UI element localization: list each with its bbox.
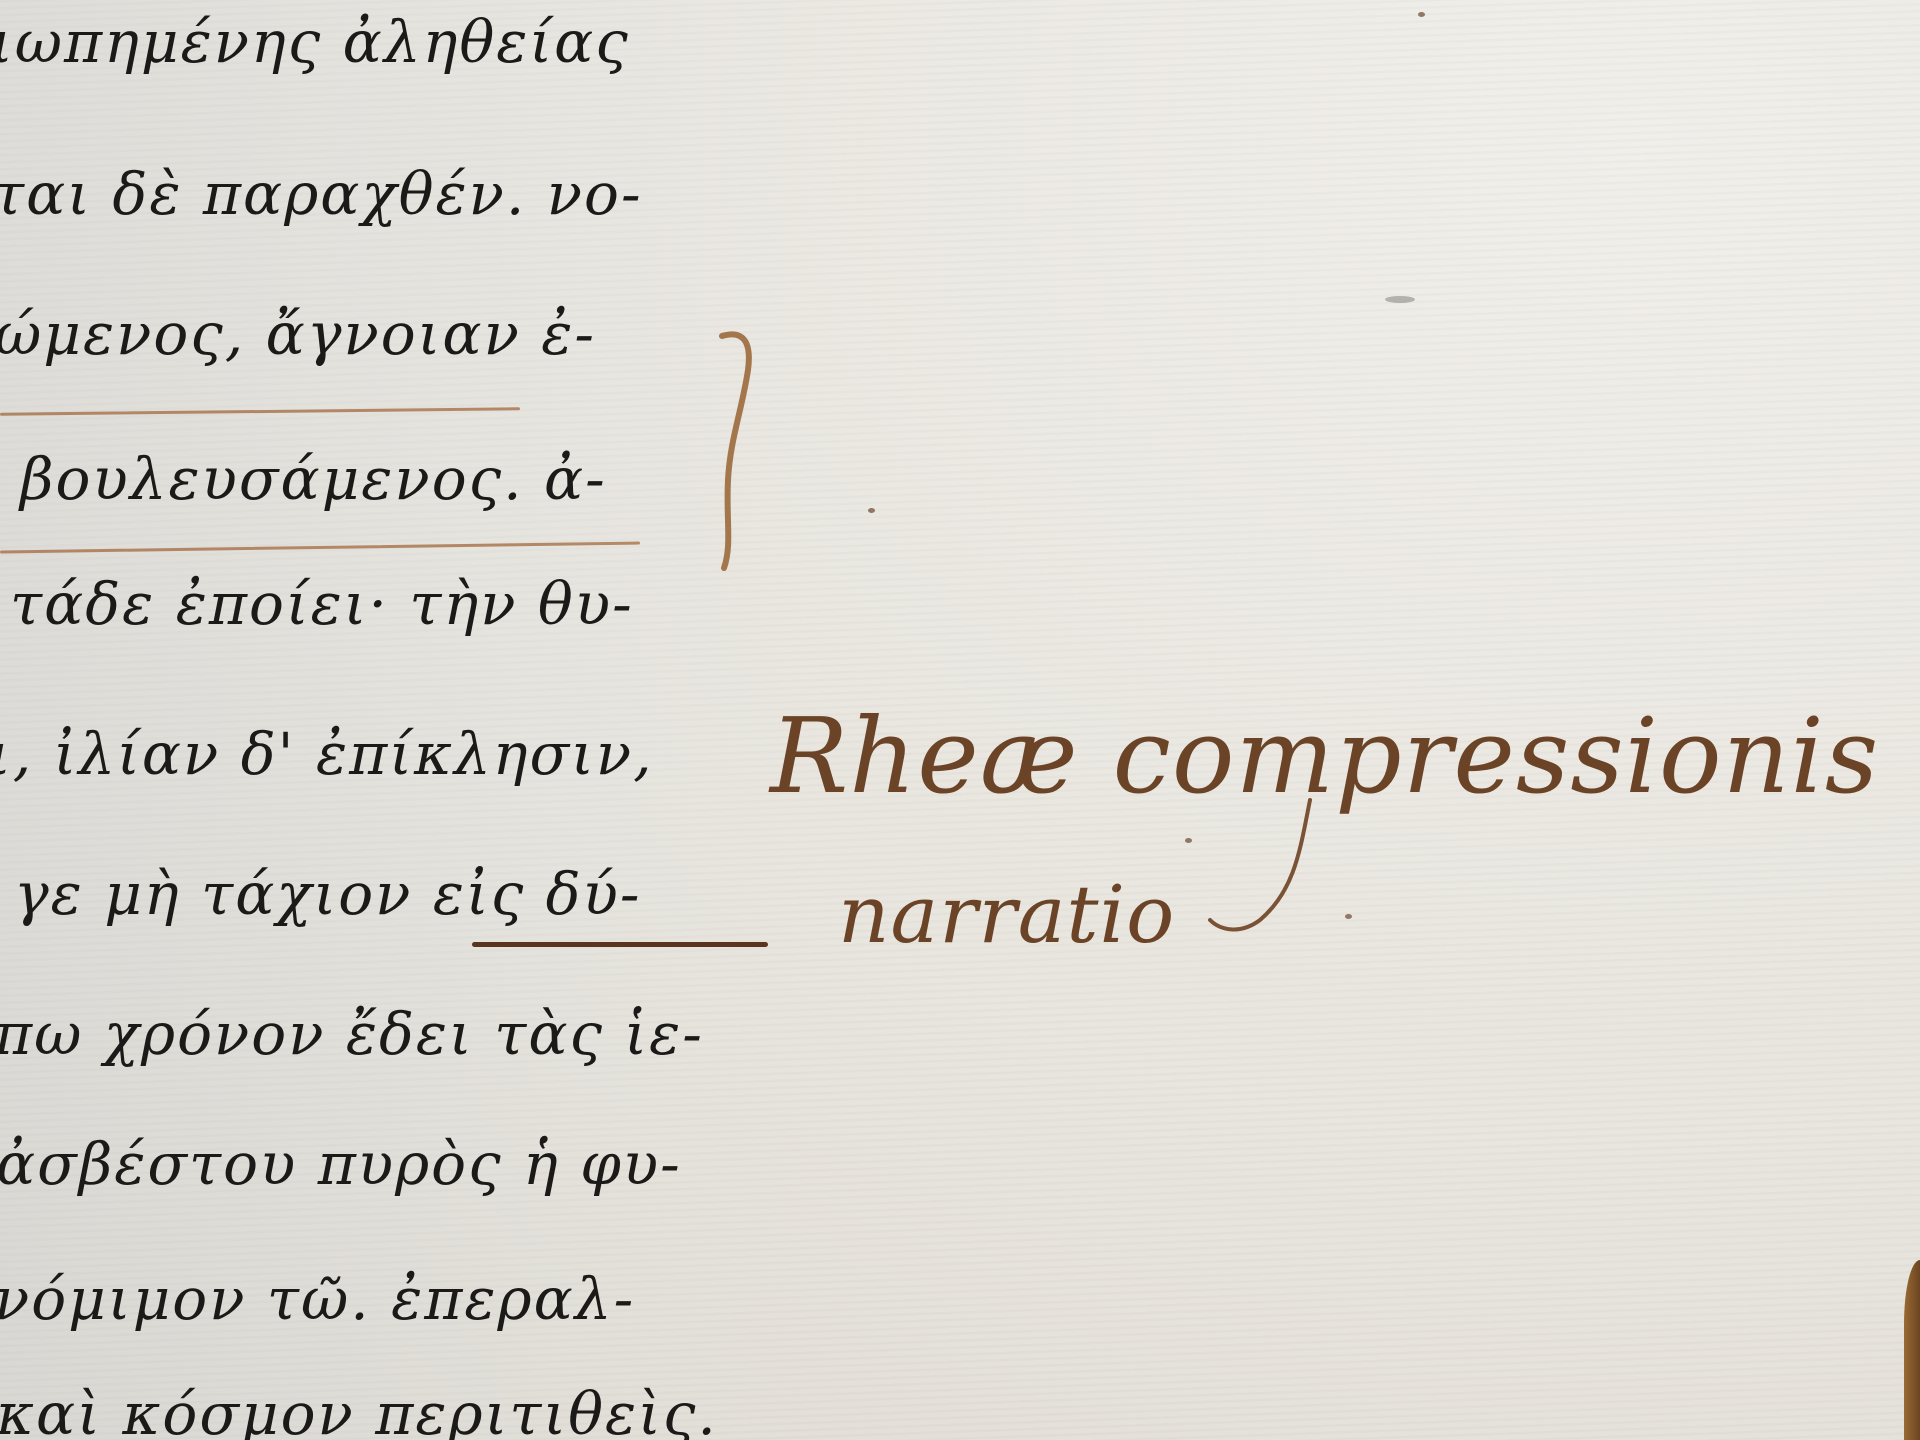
ink-speck [868, 508, 875, 513]
greek-line-2: ται δὲ παραχθέν. νο- [0, 160, 643, 228]
ink-speck [1418, 12, 1425, 17]
ink-speck [1345, 914, 1352, 919]
greek-line-9: ἀσβέστου πυρὸς ἡ φυ- [0, 1130, 682, 1198]
manuscript-page: ιωπημένης ἀληθείας ται δὲ παραχθέν. νο- … [0, 0, 1920, 1440]
greek-line-8: πω χρόνον ἔδει τὰς ἱε- [0, 1000, 704, 1068]
marginal-bracket-icon [712, 330, 762, 575]
greek-line-11: καὶ κόσμον περιτιθεὶς. [0, 1380, 718, 1440]
greek-line-6: ι, ἰλίαν δ' ἐπίκλησιν, [0, 720, 654, 788]
note-flourish-icon [1180, 790, 1340, 940]
greek-line-7: γε μὴ τάχιον εἰς δύ- [14, 860, 641, 928]
greek-line-5: τάδε ἐποίει· τὴν θυ- [10, 570, 634, 638]
greek-line-10: νόμιμον τῶ. ἐπεραλ- [0, 1265, 635, 1333]
book-edge [1904, 1260, 1920, 1440]
greek-line-1: ιωπημένης ἀληθείας [0, 8, 630, 76]
greek-line-4: βουλευσάμενος. ἀ- [20, 445, 607, 513]
paper-flaw [1385, 296, 1415, 303]
marginal-note-line-2: narratio [838, 868, 1175, 961]
annotation-underline [472, 942, 768, 947]
ink-speck [1185, 838, 1192, 843]
greek-line-3: ώμενος, ἄγνοιαν ἐ- [0, 300, 596, 368]
